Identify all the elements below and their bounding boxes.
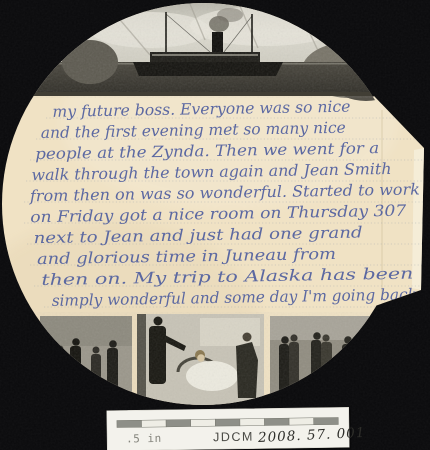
scale-segment bbox=[215, 419, 240, 426]
scale-label: .5 in JDCM 2008. 57. 001 bbox=[107, 407, 366, 450]
scale-segment bbox=[166, 420, 191, 427]
scale-segment bbox=[141, 420, 166, 427]
photo-bottom-border bbox=[2, 92, 404, 96]
catalog-code: JDCM bbox=[213, 430, 254, 445]
scale-segment bbox=[314, 417, 339, 424]
scale-segment bbox=[191, 419, 216, 426]
artifact-photo-canvas: my future boss. Everyone was so nice and… bbox=[0, 0, 430, 450]
scale-segment bbox=[240, 418, 265, 425]
scale-segment bbox=[289, 418, 314, 425]
scale-segment bbox=[264, 418, 289, 425]
scale-unit-text: .5 in bbox=[126, 432, 162, 445]
catalog-photograph: my future boss. Everyone was so nice and… bbox=[0, 0, 430, 450]
scale-segment bbox=[117, 420, 142, 427]
